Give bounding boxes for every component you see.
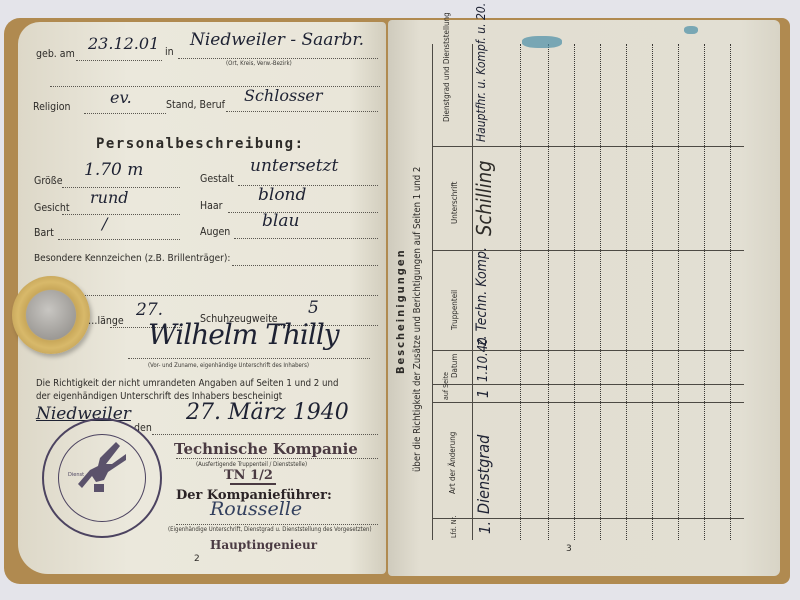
certification-line-1: Die Richtigkeit der nicht umrandeten Ang… bbox=[36, 378, 338, 389]
col-header-datum: Datum bbox=[450, 354, 459, 378]
col-header-art: Art der Änderung bbox=[448, 432, 457, 494]
value-birthplace: Niedweiler - Saarbr. bbox=[190, 30, 364, 50]
section-title-bescheinigungen: Bescheinigungen bbox=[394, 248, 407, 374]
value-gestalt: untersetzt bbox=[250, 156, 338, 176]
unit-caption: (Ausfertigende Truppenteil / Dienststell… bbox=[196, 461, 307, 468]
section-title-personalbeschreibung: Personalbeschreibung: bbox=[96, 136, 305, 152]
col-header-truppenteil: Truppenteil bbox=[450, 290, 459, 330]
value-schuhzeuglaenge: 27. bbox=[136, 300, 163, 320]
value-haar: blond bbox=[258, 185, 306, 205]
right-page: Bescheinigungen über die Richtigkeit der… bbox=[388, 20, 780, 576]
ink-stain bbox=[684, 26, 698, 34]
col-header-unterschrift: Unterschrift bbox=[450, 182, 459, 224]
value-schuhzeugweite: 5 bbox=[308, 298, 319, 318]
value-gesicht: rund bbox=[90, 188, 129, 207]
label-gestalt: Gestalt bbox=[200, 173, 234, 185]
col-header-seite: auf Seite bbox=[442, 372, 450, 400]
coin-center bbox=[26, 290, 76, 340]
page-number-right: 3 bbox=[566, 544, 572, 554]
value-religion: ev. bbox=[110, 88, 132, 107]
unit-sub: TN 1/2 bbox=[224, 468, 273, 483]
value-beruf: Schlosser bbox=[244, 86, 323, 105]
commander-signature: Rousselle bbox=[210, 498, 302, 520]
value-geb-am: 23.12.01 bbox=[88, 34, 159, 53]
official-stamp: Dienst bbox=[42, 418, 162, 538]
signature-caption: (Vor- und Zuname, eigenhändige Unterschr… bbox=[148, 362, 309, 369]
row1-seite: 1 bbox=[474, 389, 492, 398]
commander-rank: Hauptingenieur bbox=[210, 538, 317, 552]
label-besondere-kennzeichen: Besondere Kennzeichen (z.B. Brillenträge… bbox=[34, 253, 230, 264]
value-date: 27. März 1940 bbox=[186, 400, 349, 425]
commander-caption: (Eigenhändige Unterschrift, Dienstgrad u… bbox=[168, 526, 372, 533]
label-gesicht: Gesicht bbox=[34, 202, 70, 214]
label-religion: Religion bbox=[33, 101, 71, 113]
page-number-left: 2 bbox=[194, 554, 200, 564]
commemorative-coin bbox=[12, 276, 90, 354]
value-groesse: 1.70 m bbox=[84, 160, 143, 180]
label-augen: Augen bbox=[200, 226, 230, 238]
label-schuhzeuglaenge: …länge bbox=[88, 315, 124, 327]
holder-signature: Wilhelm Thilly bbox=[148, 318, 339, 351]
value-bart: / bbox=[102, 214, 107, 233]
row1-lfd-nr: 1. bbox=[476, 521, 494, 534]
value-augen: blau bbox=[262, 211, 299, 231]
row1-art: Dienstgrad bbox=[474, 435, 493, 514]
label-bart: Bart bbox=[34, 227, 54, 239]
section-subtitle: über die Richtigkeit der Zusätze und Ber… bbox=[412, 167, 423, 472]
row1-dienstgrad: Hauptfhr. u. Kompf. u. 20. bbox=[474, 32, 488, 142]
ink-stain bbox=[522, 36, 562, 48]
label-stand-beruf: Stand, Beruf bbox=[166, 99, 225, 111]
label-in: in bbox=[165, 46, 174, 58]
hint-birthplace: (Ort, Kreis, Verw.-Bezirk) bbox=[226, 60, 292, 67]
label-groesse: Größe bbox=[34, 175, 63, 187]
row1-unterschrift: Schilling bbox=[472, 160, 496, 236]
eagle-emblem-icon: Dienst bbox=[42, 418, 158, 534]
col-header-dienstgrad: Dienstgrad und Dienststellung bbox=[442, 12, 451, 122]
label-geb-am: geb. am bbox=[36, 48, 75, 60]
label-haar: Haar bbox=[200, 200, 223, 212]
svg-text:Dienst: Dienst bbox=[68, 472, 84, 478]
unit-name: Technische Kompanie bbox=[174, 440, 358, 458]
row1-truppenteil: z. Techn. Komp. bbox=[474, 247, 490, 346]
col-header-lfd-nr: Lfd. Nr. bbox=[450, 516, 458, 538]
